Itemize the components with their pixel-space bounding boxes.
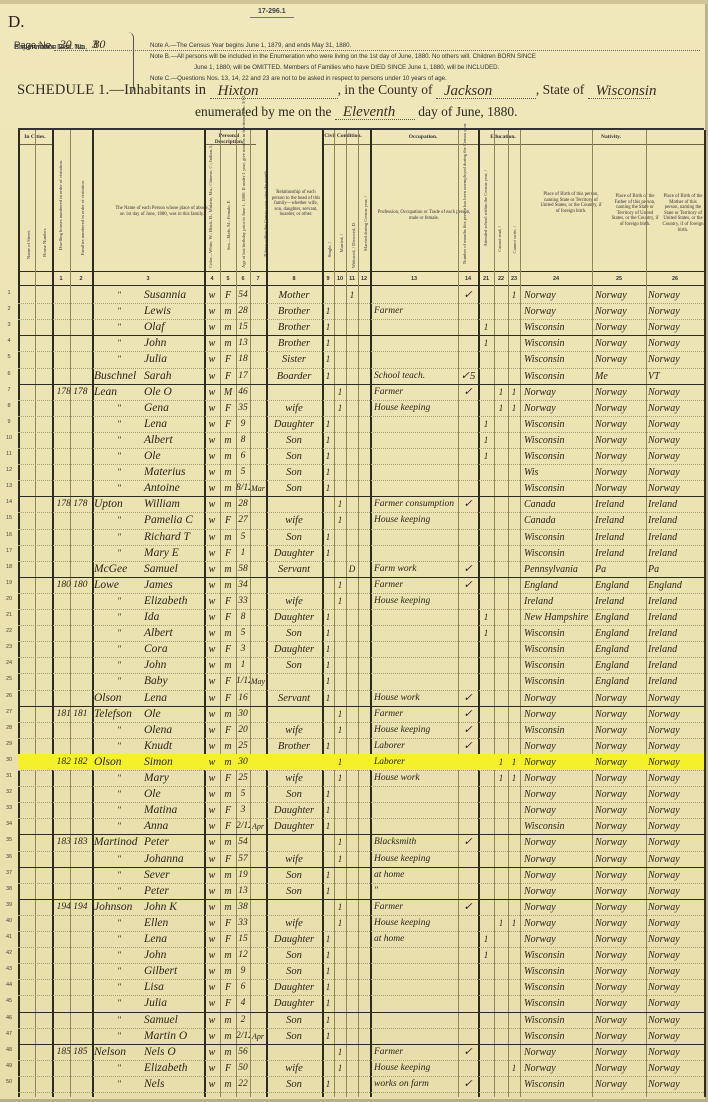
day-value: Eleventh	[335, 105, 415, 120]
census-row[interactable]: 4wm13Brother1WisconsinNorwayNorway1"John	[18, 335, 704, 351]
color-value: w	[204, 1044, 220, 1060]
census-row[interactable]: 2wm28BrotherFarmerNorwayNorwayNorway1"Le…	[18, 303, 704, 319]
census-row[interactable]: 25wF1/12MayWisconsinEnglandIreland1"Baby	[18, 673, 704, 689]
cannot-read-mark	[494, 786, 508, 802]
birth-month-value	[250, 834, 266, 850]
cannot-write-mark	[508, 802, 520, 818]
married-mark	[334, 883, 346, 899]
school-mark	[478, 512, 494, 528]
census-row[interactable]: 20wF33wifeHouse keepingIrelandIrelandIre…	[18, 593, 704, 609]
dwelling-number	[52, 722, 92, 738]
line-number: 20	[2, 596, 16, 602]
father-birthplace-value: Norway	[592, 818, 646, 834]
mother-birthplace-value: Norway	[646, 400, 704, 416]
census-row[interactable]: 19180 180wm34Farmer✓EnglandEnglandEnglan…	[18, 577, 704, 593]
birthplace-value: Norway	[520, 915, 592, 931]
given-name: Ole	[144, 788, 161, 800]
ditto-mark: "	[94, 545, 144, 561]
single-mark	[322, 593, 334, 609]
census-table: In Cities. Personal Description. Civil C…	[18, 128, 704, 1095]
form-number: 17-296.1	[250, 8, 294, 18]
birth-month-value	[250, 802, 266, 818]
color-value: w	[204, 1028, 220, 1044]
relationship-value: Son	[266, 464, 322, 480]
census-row[interactable]: 27181 181wm30Farmer✓NorwayNorwayNorway1T…	[18, 706, 704, 722]
census-row[interactable]: 5wF18SisterWisconsinNorwayNorway1"Julia	[18, 351, 704, 367]
census-row[interactable]: 7178 178wM46Farmer✓11NorwayNorwayNorway1…	[18, 384, 704, 400]
header-occupation: Profession, Occupation or Trade of each …	[374, 210, 474, 221]
census-row[interactable]: 22wm5Son1WisconsinEnglandIreland1"Albert	[18, 625, 704, 641]
relationship-value: wife	[266, 512, 322, 528]
dwelling-number	[52, 319, 92, 335]
age-value: 12	[236, 947, 250, 963]
cannot-write-mark	[508, 834, 520, 850]
single-mark: 1	[322, 690, 334, 706]
school-mark	[478, 818, 494, 834]
birthplace-value: New Hampshire	[520, 609, 592, 625]
school-mark: 1	[478, 931, 494, 947]
cannot-write-mark	[508, 931, 520, 947]
birth-month-value	[250, 915, 266, 931]
column-number: 11	[346, 276, 358, 282]
age-value: 5	[236, 464, 250, 480]
birth-month-value	[250, 657, 266, 673]
cannot-read-mark	[494, 802, 508, 818]
widowed-mark	[346, 319, 358, 335]
widowed-mark	[346, 351, 358, 367]
line-number: 37	[2, 870, 16, 876]
single-mark: 1	[322, 351, 334, 367]
married-mark	[334, 641, 346, 657]
mother-birthplace-value: Norway	[646, 931, 704, 947]
birth-month-value	[250, 400, 266, 416]
color-value: w	[204, 432, 220, 448]
cannot-write-mark	[508, 464, 520, 480]
header-relationship: Relationship of each person to the head …	[270, 190, 322, 218]
given-name: Elizabeth	[144, 595, 187, 607]
person-name: "Gilbert	[94, 963, 202, 979]
person-name: "Albert	[94, 625, 202, 641]
dwelling-number	[52, 609, 92, 625]
sex-value: m	[220, 706, 236, 722]
sex-value: m	[220, 738, 236, 754]
relationship-value: Daughter	[266, 995, 322, 1011]
sex-value: m	[220, 834, 236, 850]
occupation-value	[374, 351, 458, 367]
census-row[interactable]: 1wF54Mother✓1NorwayNorwayNorway1"Susanni…	[18, 287, 704, 303]
sex-value: m	[220, 319, 236, 335]
census-row[interactable]: 29wm25BrotherLaborer✓NorwayNorwayNorway1…	[18, 738, 704, 754]
occupation-value: House keeping	[374, 593, 458, 609]
cannot-read-mark	[494, 432, 508, 448]
line-number: 49	[2, 1063, 16, 1069]
age-value: 15	[236, 931, 250, 947]
line-number: 3	[2, 322, 16, 328]
cannot-write-mark	[508, 883, 520, 899]
father-birthplace-value: Norway	[592, 464, 646, 480]
dwelling-number	[52, 657, 92, 673]
census-row[interactable]: 26wF16ServantHouse work✓NorwayNorwayNorw…	[18, 690, 704, 706]
sex-value: F	[220, 368, 236, 384]
married-mark: 1	[334, 400, 346, 416]
sex-value: m	[220, 448, 236, 464]
relationship-value: Brother	[266, 335, 322, 351]
widowed-mark	[346, 593, 358, 609]
occupation-value	[374, 545, 458, 561]
birthplace-value: Wisconsin	[520, 1028, 592, 1044]
census-page: D. 17-296.1 Page No. 20 Supervisor's Dis…	[0, 0, 708, 1102]
birthplace-value: Wisconsin	[520, 979, 592, 995]
unemployed-mark	[458, 818, 478, 834]
birthplace-value: Wisconsin	[520, 480, 592, 496]
cannot-write-mark	[508, 496, 520, 512]
census-row[interactable]: 33wF3DaughterNorwayNorwayNorway1"Matina	[18, 802, 704, 818]
mother-birthplace-value: Norway	[646, 867, 704, 883]
census-row[interactable]: 48185 185wm56Farmer✓NorwayNorwayNorway1N…	[18, 1044, 704, 1060]
widowed-mark	[346, 963, 358, 979]
cannot-read-mark	[494, 416, 508, 432]
school-mark	[478, 464, 494, 480]
birth-month-value	[250, 1060, 266, 1076]
cannot-read-mark: 1	[494, 384, 508, 400]
line-number: 46	[2, 1015, 16, 1021]
father-birthplace-value: Norway	[592, 786, 646, 802]
relationship-value	[266, 384, 322, 400]
line-number: 26	[2, 693, 16, 699]
school-mark	[478, 883, 494, 899]
relationship-value: Servant	[266, 690, 322, 706]
header-color: Color—White, W.; Black, B.; Mulatto, Mu.…	[208, 158, 213, 268]
cannot-read-mark	[494, 899, 508, 915]
cannot-read-mark	[494, 545, 508, 561]
father-birthplace-value: Ireland	[592, 593, 646, 609]
cannot-read-mark	[494, 883, 508, 899]
school-mark	[478, 577, 494, 593]
cannot-read-mark	[494, 593, 508, 609]
column-number: 1	[52, 276, 70, 282]
census-row[interactable]: 21wF8Daughter1New HampshireEnglandIrelan…	[18, 609, 704, 625]
birth-month-value	[250, 786, 266, 802]
birth-month-value	[250, 593, 266, 609]
census-row[interactable]: 24wm1SonWisconsinEnglandIreland1"John	[18, 657, 704, 673]
dwelling-number	[52, 400, 92, 416]
ditto-mark: "	[94, 657, 144, 673]
sex-value: F	[220, 979, 236, 995]
single-mark: 1	[322, 738, 334, 754]
married-mark: 1	[334, 512, 346, 528]
ditto-mark: "	[94, 303, 144, 319]
birthplace-value: Norway	[520, 400, 592, 416]
dwelling-number	[52, 625, 92, 641]
age-value: 35	[236, 400, 250, 416]
age-value: 33	[236, 915, 250, 931]
relationship-value: Sister	[266, 351, 322, 367]
color-value: w	[204, 673, 220, 689]
census-row[interactable]: 32wm5SonNorwayNorwayNorway1"Ole	[18, 786, 704, 802]
age-value: 58	[236, 561, 250, 577]
color-value: w	[204, 641, 220, 657]
line-number: 43	[2, 966, 16, 972]
census-row[interactable]: 35183 183wm54Blacksmith✓NorwayNorwayNorw…	[18, 834, 704, 850]
census-row[interactable]: 44wF6DaughterWisconsinNorwayNorway1"Lisa	[18, 979, 704, 995]
sex-value: F	[220, 416, 236, 432]
ditto-mark: "	[94, 738, 144, 754]
father-birthplace-value: Norway	[592, 416, 646, 432]
person-name: "Gena	[94, 400, 202, 416]
widowed-mark	[346, 802, 358, 818]
person-name: LeanOle O	[94, 384, 202, 400]
dwelling-number	[52, 915, 92, 931]
cannot-read-mark	[494, 512, 508, 528]
married-mark: 1	[334, 384, 346, 400]
census-row[interactable]: 41wF15Daughterat home1NorwayNorwayNorway…	[18, 931, 704, 947]
person-name: "John	[94, 947, 202, 963]
father-birthplace-value: Norway	[592, 1028, 646, 1044]
cannot-read-mark	[494, 303, 508, 319]
surname: Nelson	[94, 1044, 144, 1060]
sex-value: F	[220, 593, 236, 609]
married-mark	[334, 738, 346, 754]
school-mark	[478, 496, 494, 512]
single-mark: 1	[322, 416, 334, 432]
birth-month-value	[250, 384, 266, 400]
unemployed-mark	[458, 915, 478, 931]
color-value: w	[204, 561, 220, 577]
widowed-mark	[346, 529, 358, 545]
line-number: 34	[2, 821, 16, 827]
header-rule	[18, 271, 704, 272]
age-value: 2	[236, 1012, 250, 1028]
unemployed-mark	[458, 609, 478, 625]
census-row[interactable]: 6wF17BoarderSchool teach.✓5WisconsinMeVT…	[18, 368, 704, 384]
mother-birthplace-value: Norway	[646, 754, 704, 770]
given-name: Olaf	[144, 321, 164, 333]
cannot-write-mark	[508, 545, 520, 561]
census-row[interactable]: 34wF2/12AprDaughterWisconsinNorwayNorway…	[18, 818, 704, 834]
cannot-read-mark	[494, 673, 508, 689]
mother-birthplace-value: Norway	[646, 335, 704, 351]
age-value: 25	[236, 738, 250, 754]
school-mark	[478, 963, 494, 979]
census-row[interactable]: 10wm8Son1WisconsinNorwayNorway1"Albert	[18, 432, 704, 448]
school-mark	[478, 657, 494, 673]
color-value: w	[204, 786, 220, 802]
birthplace-value: Norway	[520, 1060, 592, 1076]
age-value: 1/12	[236, 673, 250, 689]
mother-birthplace-value: Norway	[646, 319, 704, 335]
birthplace-value: Wisconsin	[520, 529, 592, 545]
color-value: w	[204, 834, 220, 850]
birthplace-value: Wisconsin	[520, 1076, 592, 1092]
school-mark	[478, 561, 494, 577]
census-row[interactable]: 37wm19Sonat homeNorwayNorwayNorway1"Seve…	[18, 867, 704, 883]
person-name: "Cora	[94, 641, 202, 657]
census-row[interactable]: 23wF3DaughterWisconsinEnglandIreland1"Co…	[18, 641, 704, 657]
census-row[interactable]: 46wm2SonWisconsinNorwayNorway1"Samuel	[18, 1012, 704, 1028]
school-mark	[478, 770, 494, 786]
single-mark	[322, 577, 334, 593]
age-value: 30	[236, 706, 250, 722]
widowed-mark	[346, 1012, 358, 1028]
sex-value: F	[220, 851, 236, 867]
ditto-mark: "	[94, 995, 144, 1011]
occupation-value: House keeping	[374, 400, 458, 416]
single-mark: 1	[322, 867, 334, 883]
census-row[interactable]: 15wF27wifeHouse keepingCanadaIrelandIrel…	[18, 512, 704, 528]
mother-birthplace-value: Norway	[646, 979, 704, 995]
father-birthplace-value: Norway	[592, 1076, 646, 1092]
birth-month-value	[250, 303, 266, 319]
unemployed-mark	[458, 545, 478, 561]
surname: Olson	[94, 690, 144, 706]
age-value: 3	[236, 802, 250, 818]
occupation-value	[374, 625, 458, 641]
color-value: w	[204, 947, 220, 963]
father-birthplace-value: Norway	[592, 915, 646, 931]
census-row[interactable]: 12wm5SonWisNorwayNorway1"Materius	[18, 464, 704, 480]
dwelling-number	[52, 464, 92, 480]
census-row[interactable]: 8wF35wifeHouse keeping11NorwayNorwayNorw…	[18, 400, 704, 416]
census-row[interactable]: 50wm22Sonworks on farm✓WisconsinNorwayNo…	[18, 1076, 704, 1092]
dwelling-number	[52, 303, 92, 319]
unemployed-mark	[458, 770, 478, 786]
school-mark	[478, 303, 494, 319]
birth-month-value	[250, 335, 266, 351]
mother-birthplace-value: Norway	[646, 706, 704, 722]
cannot-read-mark	[494, 690, 508, 706]
unemployed-mark	[458, 995, 478, 1011]
census-row[interactable]: 3wm15Brother1WisconsinNorwayNorway1"Olaf	[18, 319, 704, 335]
cannot-read-mark	[494, 448, 508, 464]
dwelling-number	[52, 641, 92, 657]
census-row[interactable]: 47wm2/12AprSonWisconsinNorwayNorway1"Mar…	[18, 1028, 704, 1044]
line-number: 9	[2, 419, 16, 425]
census-row[interactable]: 28wF20wifeHouse keeping✓WisconsinNorwayN…	[18, 722, 704, 738]
column-number: 7	[250, 276, 266, 282]
census-row[interactable]: 14178 178wm28Farmer consumption✓CanadaIr…	[18, 496, 704, 512]
surname: Lowe	[94, 577, 144, 593]
single-mark	[322, 834, 334, 850]
line-number: 44	[2, 982, 16, 988]
column-number: 25	[592, 276, 646, 282]
widowed-mark	[346, 368, 358, 384]
census-row[interactable]: 18wm58ServantFarm work✓PennsylvaniaPaPaD…	[18, 561, 704, 577]
age-value: 33	[236, 593, 250, 609]
birth-month-value: Mar	[250, 480, 266, 496]
relationship-value	[266, 754, 322, 770]
census-row[interactable]: 36wF57wifeHouse keepingNorwayNorwayNorwa…	[18, 851, 704, 867]
married-mark	[334, 867, 346, 883]
widowed-mark	[346, 979, 358, 995]
cannot-read-mark	[494, 480, 508, 496]
color-value: w	[204, 1060, 220, 1076]
header-months-unemployed: Number of months this person has been un…	[462, 154, 467, 264]
census-row[interactable]: 17wF1DaughterWisconsinIrelandIreland1"Ma…	[18, 545, 704, 561]
school-mark	[478, 400, 494, 416]
census-row[interactable]: 42wm12Son1WisconsinNorwayNorway1"John	[18, 947, 704, 963]
person-name: NelsonNels O	[94, 1044, 202, 1060]
line-number: 7	[2, 387, 16, 393]
father-birthplace-value: Norway	[592, 351, 646, 367]
birth-month-value	[250, 368, 266, 384]
school-mark	[478, 915, 494, 931]
relationship-value: Son	[266, 883, 322, 899]
dwelling-number	[52, 593, 92, 609]
mother-birthplace-value: Norway	[646, 1028, 704, 1044]
cannot-read-mark	[494, 577, 508, 593]
census-row[interactable]: 16wm5SonWisconsinIrelandIreland1"Richard…	[18, 529, 704, 545]
widowed-mark	[346, 867, 358, 883]
census-row[interactable]: 40wF33wifeHouse keeping11NorwayNorwayNor…	[18, 915, 704, 931]
occupation-value: Blacksmith	[374, 834, 458, 850]
enumerated-label: enumerated by me on the	[195, 104, 331, 119]
census-row[interactable]: 11wm6Son1WisconsinNorwayNorway1"Ole	[18, 448, 704, 464]
widowed-mark	[346, 641, 358, 657]
given-name: Samuel	[144, 1014, 178, 1026]
unemployed-mark	[458, 351, 478, 367]
father-birthplace-value: Norway	[592, 400, 646, 416]
unemployed-mark: ✓	[458, 834, 478, 850]
age-value: 16	[236, 690, 250, 706]
married-mark	[334, 319, 346, 335]
unemployed-mark	[458, 883, 478, 899]
person-name: "Julia	[94, 351, 202, 367]
relationship-value: Brother	[266, 319, 322, 335]
census-row[interactable]: 49wF50wifeHouse keeping1NorwayNorwayNorw…	[18, 1060, 704, 1076]
school-mark	[478, 287, 494, 303]
cannot-write-mark: 1	[508, 287, 520, 303]
single-mark: 1	[322, 641, 334, 657]
header-street: Name of Street.	[26, 230, 31, 259]
census-row[interactable]: 45wF4DaughterWisconsinNorwayNorway1"Juli…	[18, 995, 704, 1011]
census-row[interactable]: 31wF25wifeHouse work11NorwayNorwayNorway…	[18, 770, 704, 786]
line-number: 33	[2, 805, 16, 811]
cannot-write-mark	[508, 1044, 520, 1060]
relationship-value: Son	[266, 448, 322, 464]
birthplace-value: Norway	[520, 303, 592, 319]
ditto-mark: "	[94, 1012, 144, 1028]
dwelling-number	[52, 287, 92, 303]
person-name: TelefsonOle	[94, 706, 202, 722]
age-value: 5	[236, 786, 250, 802]
occupation-value: Farmer	[374, 706, 458, 722]
birth-month-value	[250, 979, 266, 995]
color-value: w	[204, 400, 220, 416]
dwelling-number	[52, 448, 92, 464]
dwelling-number: 181 181	[52, 706, 92, 722]
census-row[interactable]: 39194 194wm38Farmer✓NorwayNorwayNorway1J…	[18, 899, 704, 915]
widowed-mark	[346, 400, 358, 416]
census-row[interactable]: 38wm13Son"NorwayNorwayNorway1"Peter	[18, 883, 704, 899]
relationship-value: Servant	[266, 561, 322, 577]
birthplace-value: Wisconsin	[520, 368, 592, 384]
column-number: 14	[458, 276, 478, 282]
unemployed-mark	[458, 335, 478, 351]
single-mark: 1	[322, 673, 334, 689]
mother-birthplace-value: Norway	[646, 963, 704, 979]
married-mark	[334, 818, 346, 834]
dwelling-number	[52, 673, 92, 689]
person-name: "Johanna	[94, 851, 202, 867]
surname: Upton	[94, 496, 144, 512]
census-row[interactable]: 13wm8/12MarSonWisconsinNorwayNorway1"Ant…	[18, 480, 704, 496]
census-row[interactable]: 43wm9SonWisconsinNorwayNorway1"Gilbert	[18, 963, 704, 979]
census-row[interactable]: 9wF9Daughter1WisconsinNorwayNorway1"Lena	[18, 416, 704, 432]
occupation-value: Farmer	[374, 899, 458, 915]
birthplace-value: Wis	[520, 464, 592, 480]
census-row[interactable]: 30182 182wm30Laborer11NorwayNorwayNorway…	[18, 754, 704, 770]
father-birthplace-value: Norway	[592, 303, 646, 319]
